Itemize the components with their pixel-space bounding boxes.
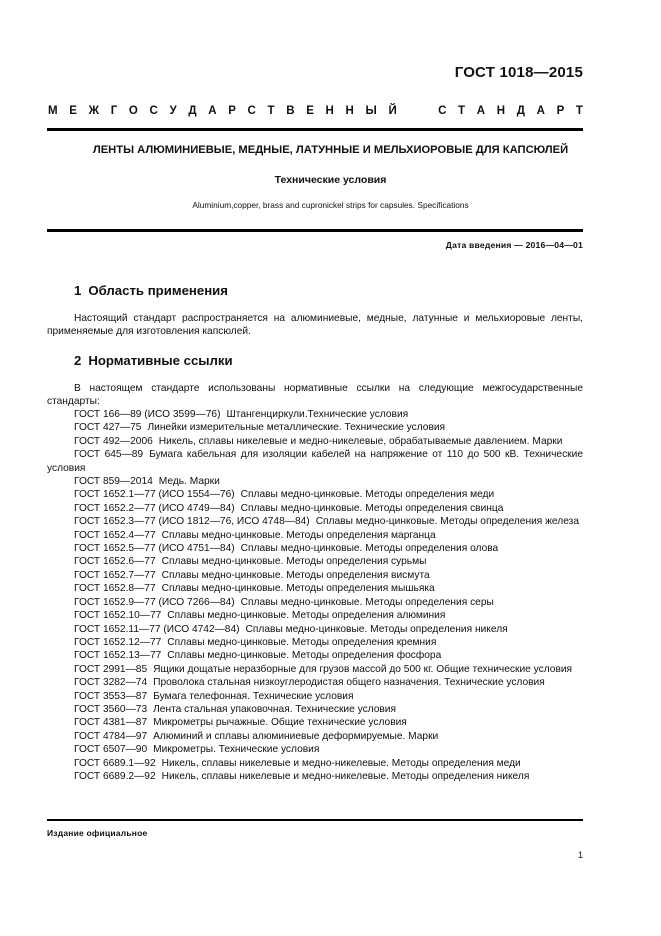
reference-code: ГОСТ 6689.2—92 — [74, 771, 156, 782]
reference-title: Алюминий и сплавы алюминиевые деформируе… — [153, 731, 438, 742]
reference-code: ГОСТ 3560—73 — [74, 704, 147, 715]
reference-title: Линейки измерительные металлические. Тех… — [147, 422, 445, 433]
banner-letter: Т — [268, 105, 275, 117]
banner-letter: О — [129, 105, 138, 117]
banner-letter: А — [537, 105, 545, 117]
banner-letter: Т — [576, 105, 583, 117]
reference-code: ГОСТ 1652.13—77 — [74, 650, 161, 661]
reference-item: ГОСТ 4784—97Алюминий и сплавы алюминиевы… — [47, 730, 583, 743]
reference-title: Сплавы медно-цинковые. Методы определени… — [167, 650, 441, 661]
reference-code: ГОСТ 166—89 (ИСО 3599—76) — [74, 409, 220, 420]
reference-title: Сплавы медно-цинковые. Методы определени… — [162, 556, 427, 567]
reference-title: Бумага телефонная. Технические условия — [153, 691, 353, 702]
reference-item: ГОСТ 1652.2—77 (ИСО 4749—84)Сплавы медно… — [47, 502, 583, 515]
document-id: ГОСТ 1018—2015 — [455, 64, 583, 81]
document-subtitle: Технические условия — [0, 174, 661, 186]
reference-title: Сплавы медно-цинковые. Методы определени… — [316, 516, 579, 527]
banner-letter: Н — [497, 105, 505, 117]
reference-item: ГОСТ 3282—74Проволока стальная низкоугле… — [47, 676, 583, 689]
reference-item: ГОСТ 1652.13—77Сплавы медно-цинковые. Ме… — [47, 649, 583, 662]
banner-letter: М — [48, 105, 58, 117]
reference-item: ГОСТ 1652.3—77 (ИСО 1812—76, ИСО 4748—84… — [47, 515, 583, 528]
reference-code: ГОСТ 492—2006 — [74, 436, 153, 447]
reference-code: ГОСТ 4784—97 — [74, 731, 147, 742]
banner-letter: С — [438, 105, 446, 117]
reference-code: ГОСТ 1652.10—77 — [74, 610, 161, 621]
section-number: 2 — [74, 353, 81, 368]
reference-item: ГОСТ 4381—87Микрометры рычажные. Общие т… — [47, 716, 583, 729]
references-intro-paragraph: В настоящем стандарте использованы норма… — [47, 382, 583, 409]
reference-item: ГОСТ 1652.10—77Сплавы медно-цинковые. Ме… — [47, 609, 583, 622]
reference-title: Сплавы медно-цинковые. Методы определени… — [241, 543, 499, 554]
reference-title: Микрометры рычажные. Общие технические у… — [153, 717, 407, 728]
reference-title: Сплавы медно-цинковые. Методы определени… — [246, 624, 508, 635]
references-intro: В настоящем стандарте использованы норма… — [47, 382, 583, 409]
reference-title: Ящики дощатые неразборные для грузов мас… — [153, 664, 572, 675]
banner-letter: У — [170, 105, 177, 117]
word-gap — [408, 105, 426, 117]
banner-letter: Д — [188, 105, 196, 117]
reference-title: Сплавы медно-цинковые. Методы определени… — [162, 530, 436, 541]
banner-letter: Т — [458, 105, 465, 117]
reference-code: ГОСТ 1652.11—77 (ИСО 4742—84) — [74, 624, 240, 635]
section-title: Нормативные ссылки — [88, 353, 232, 368]
reference-code: ГОСТ 4381—87 — [74, 717, 147, 728]
page-number: 1 — [578, 850, 583, 860]
banner-letter: Ж — [89, 105, 99, 117]
banner-letter: Р — [557, 105, 565, 117]
title-divider — [47, 229, 583, 232]
banner-letter: Й — [388, 105, 396, 117]
scope-paragraph: Настоящий стандарт распространяется на а… — [47, 312, 583, 339]
document-title: ЛЕНТЫ АЛЮМИНИЕВЫЕ, МЕДНЫЕ, ЛАТУННЫЕ И МЕ… — [0, 144, 661, 156]
reference-title: Сплавы медно-цинковые. Методы определени… — [241, 489, 495, 500]
reference-title: Сплавы медно-цинковые. Методы определени… — [241, 597, 494, 608]
banner-letter: Д — [517, 105, 525, 117]
reference-code: ГОСТ 1652.5—77 (ИСО 4751—84) — [74, 543, 235, 554]
banner-letter: Н — [326, 105, 334, 117]
interstate-standard-banner: МЕЖГОСУДАРСТВЕННЫЙСТАНДАРТ — [48, 105, 583, 117]
reference-title: Сплавы медно-цинковые. Методы определени… — [162, 583, 435, 594]
section-scope-body: Настоящий стандарт распространяется на а… — [47, 312, 583, 339]
reference-item: ГОСТ 1652.5—77 (ИСО 4751—84)Сплавы медно… — [47, 542, 583, 555]
reference-code: ГОСТ 1652.9—77 (ИСО 7266—84) — [74, 597, 235, 608]
reference-item: ГОСТ 6689.2—92Никель, сплавы никелевые и… — [47, 770, 583, 783]
reference-code: ГОСТ 1652.2—77 (ИСО 4749—84) — [74, 503, 235, 514]
reference-item: ГОСТ 3553—87Бумага телефонная. Техническ… — [47, 690, 583, 703]
reference-code: ГОСТ 859—2014 — [74, 476, 153, 487]
reference-item: ГОСТ 6689.1—92Никель, сплавы никелевые и… — [47, 757, 583, 770]
reference-title: Никель, сплавы никелевые и медно-никелев… — [162, 758, 521, 769]
header-divider — [47, 128, 583, 131]
reference-item: ГОСТ 6507—90Микрометры. Технические усло… — [47, 743, 583, 756]
reference-code: ГОСТ 1652.7—77 — [74, 570, 156, 581]
reference-item: ГОСТ 166—89 (ИСО 3599—76)Штангенциркули.… — [47, 408, 583, 421]
reference-item: ГОСТ 427—75Линейки измерительные металли… — [47, 421, 583, 434]
reference-title: Сплавы медно-цинковые. Методы определени… — [167, 637, 436, 648]
reference-item: ГОСТ 1652.7—77Сплавы медно-цинковые. Мет… — [47, 569, 583, 582]
reference-item: ГОСТ 1652.6—77Сплавы медно-цинковые. Мет… — [47, 555, 583, 568]
reference-title: Лента стальная упаковочная. Технические … — [153, 704, 396, 715]
reference-code: ГОСТ 6689.1—92 — [74, 758, 156, 769]
reference-title: Медь. Марки — [159, 476, 220, 487]
section-number: 1 — [74, 283, 81, 298]
reference-item: ГОСТ 859—2014Медь. Марки — [47, 475, 583, 488]
section-heading-scope: 1Область применения — [74, 283, 228, 298]
reference-code: ГОСТ 1652.4—77 — [74, 530, 156, 541]
banner-letter: А — [477, 105, 485, 117]
banner-letter: А — [208, 105, 216, 117]
reference-item: ГОСТ 1652.4—77Сплавы медно-цинковые. Мет… — [47, 529, 583, 542]
reference-title: Проволока стальная низкоуглеродистая общ… — [153, 677, 545, 688]
reference-code: ГОСТ 1652.12—77 — [74, 637, 161, 648]
section-title: Область применения — [88, 283, 228, 298]
reference-code: ГОСТ 1652.8—77 — [74, 583, 156, 594]
reference-item: ГОСТ 1652.12—77Сплавы медно-цинковые. Ме… — [47, 636, 583, 649]
banner-letter: Ы — [366, 105, 377, 117]
reference-code: ГОСТ 2991—85 — [74, 664, 147, 675]
section-heading-references: 2Нормативные ссылки — [74, 353, 233, 368]
banner-letter: Р — [228, 105, 236, 117]
reference-title: Никель, сплавы никелевые и медно-никелев… — [162, 771, 530, 782]
reference-code: ГОСТ 645—89 — [74, 449, 143, 460]
english-title: Aluminium,copper, brass and cupronickel … — [0, 200, 661, 210]
reference-item: ГОСТ 3560—73Лента стальная упаковочная. … — [47, 703, 583, 716]
reference-item: ГОСТ 1652.9—77 (ИСО 7266—84)Сплавы медно… — [47, 596, 583, 609]
reference-item: ГОСТ 645—89Бумага кабельная для изоляции… — [47, 448, 583, 475]
reference-title: Микрометры. Технические условия — [153, 744, 319, 755]
banner-letter: С — [150, 105, 158, 117]
reference-title: Никель, сплавы никелевые и медно-никелев… — [159, 436, 563, 447]
reference-code: ГОСТ 427—75 — [74, 422, 141, 433]
reference-item: ГОСТ 2991—85Ящики дощатые неразборные дл… — [47, 663, 583, 676]
banner-letter: С — [248, 105, 256, 117]
reference-code: ГОСТ 1652.3—77 (ИСО 1812—76, ИСО 4748—84… — [74, 516, 310, 527]
reference-item: ГОСТ 1652.1—77 (ИСО 1554—76)Сплавы медно… — [47, 488, 583, 501]
reference-code: ГОСТ 3553—87 — [74, 691, 147, 702]
reference-item: ГОСТ 492—2006Никель, сплавы никелевые и … — [47, 435, 583, 448]
banner-letter: В — [286, 105, 294, 117]
banner-letter: Е — [306, 105, 314, 117]
reference-item: ГОСТ 1652.8—77Сплавы медно-цинковые. Мет… — [47, 582, 583, 595]
banner-letter: Г — [111, 105, 118, 117]
introduction-date: Дата введения — 2016—04—01 — [446, 240, 583, 250]
reference-code: ГОСТ 3282—74 — [74, 677, 147, 688]
references-list: ГОСТ 166—89 (ИСО 3599—76)Штангенциркули.… — [47, 408, 583, 783]
reference-title: Сплавы медно-цинковые. Методы определени… — [162, 570, 430, 581]
official-edition-label: Издание официальное — [47, 828, 147, 838]
reference-code: ГОСТ 1652.6—77 — [74, 556, 156, 567]
reference-title: Сплавы медно-цинковые. Методы определени… — [167, 610, 445, 621]
reference-item: ГОСТ 1652.11—77 (ИСО 4742—84)Сплавы медн… — [47, 623, 583, 636]
reference-code: ГОСТ 6507—90 — [74, 744, 147, 755]
reference-title: Сплавы медно-цинковые. Методы определени… — [241, 503, 504, 514]
reference-title: Штангенциркули.Технические условия — [226, 409, 408, 420]
reference-code: ГОСТ 1652.1—77 (ИСО 1554—76) — [74, 489, 235, 500]
banner-letter: Н — [346, 105, 354, 117]
footer-divider — [47, 819, 583, 821]
banner-letter: Е — [69, 105, 77, 117]
